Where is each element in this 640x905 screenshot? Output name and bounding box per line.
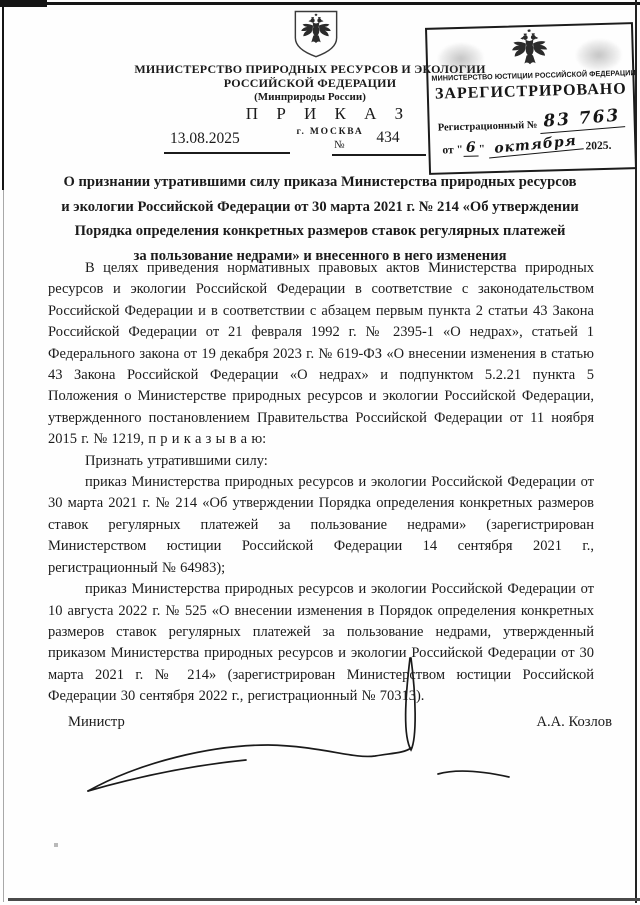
scan-border-top-thick [0,0,47,7]
date-underline [164,152,290,154]
body-paragraph: приказ Министерства природных ресурсов и… [48,472,594,579]
stamp-reg-label: Регистрационный № [438,120,538,134]
body-paragraph: Признать утратившими силу: [48,451,594,472]
stamp-reg-number-handwritten: 83 763 [539,105,626,134]
document-date: 13.08.2025 [170,130,240,148]
registration-stamp: МИНИСТЕРСТВО ЮСТИЦИИ РОССИЙСКОЙ ФЕДЕРАЦИ… [425,22,637,175]
order-title-line: О признании утратившими силу приказа Мин… [30,170,610,195]
stamp-date-prefix: от [442,144,454,156]
scan-border-top [0,2,640,5]
document-number: 434 [352,129,424,147]
scan-speck [54,843,58,847]
number-sign: № [334,139,345,151]
scan-border-left-light [3,190,4,902]
stamp-registered-label: ЗАРЕГИСТРИРОВАНО [429,80,633,104]
stamp-registration-line: Регистрационный № 83 763 [437,110,625,137]
scan-border-left-dark [2,0,4,190]
order-title-line: и экологии Российской Федерации от 30 ма… [30,195,610,220]
stamp-date-month-handwritten: октября [487,132,583,158]
coat-of-arms-icon [292,8,340,69]
body-paragraph: В целях приведения нормативных правовых … [48,258,594,451]
signer-name: А.А. Козлов [340,714,612,731]
scan-border-bottom [8,898,640,901]
document-page: МИНИСТЕРСТВО ПРИРОДНЫХ РЕСУРСОВ И ЭКОЛОГ… [0,0,640,905]
stamp-date-year: 2025. [585,140,611,153]
stamp-date-day-handwritten: 6 [463,139,479,156]
number-underline [332,154,426,156]
signer-position: Министр [68,714,125,731]
order-body: В целях приведения нормативных правовых … [48,258,594,708]
stamp-close-quote: " [479,143,486,155]
body-paragraph: приказ Министерства природных ресурсов и… [48,579,594,707]
stamp-date-line: от "6" октября 2025. [442,137,612,159]
order-title-line: Порядка определения конкретных размеров … [30,219,610,244]
order-title: О признании утратившими силу приказа Мин… [30,170,610,268]
